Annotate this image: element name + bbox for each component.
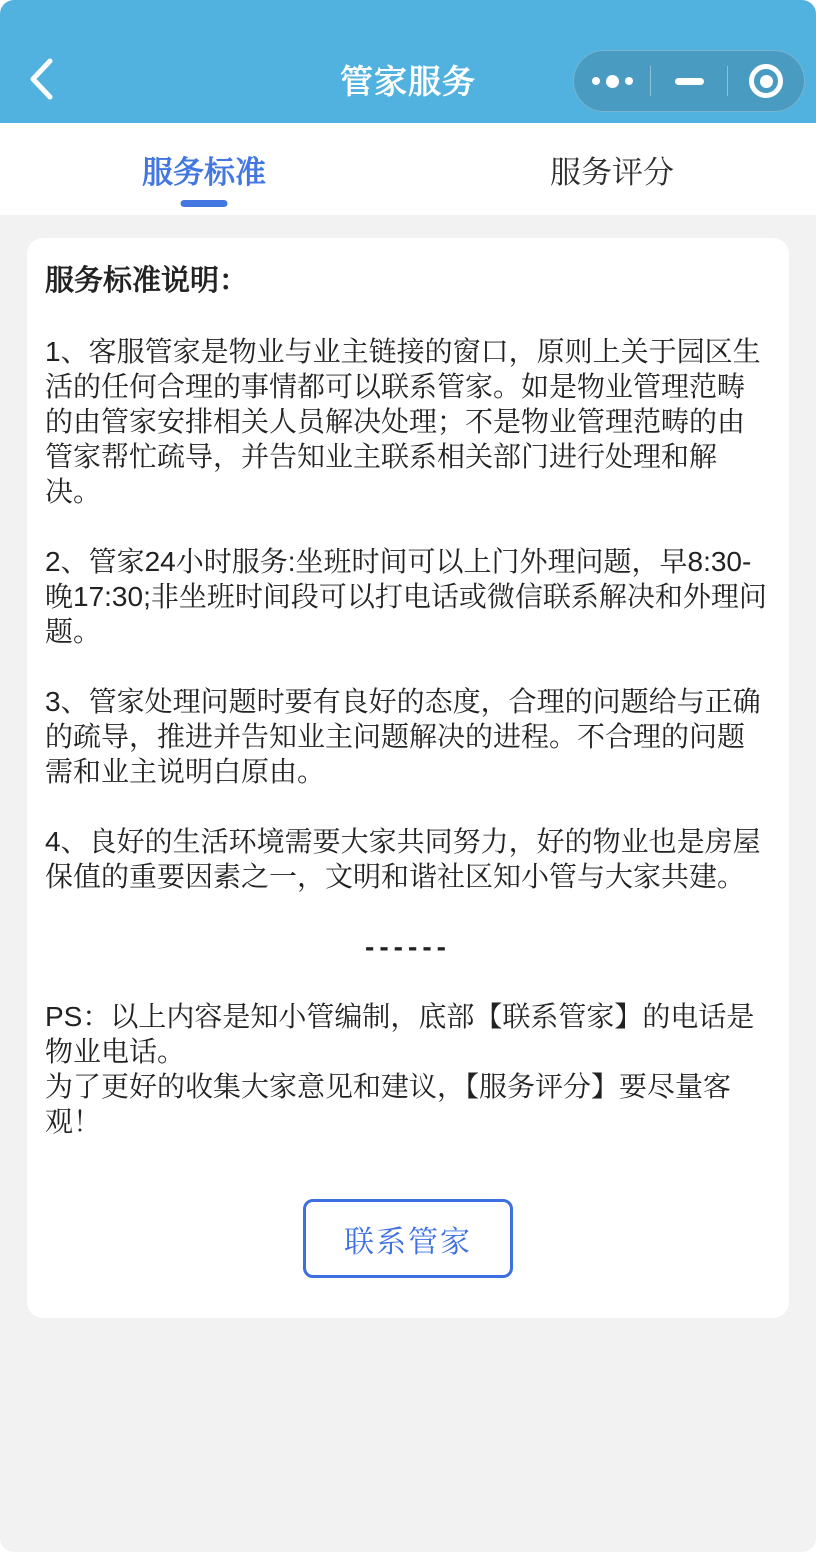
dot	[625, 77, 633, 85]
standard-paragraph-4: 4、良好的生活环境需要大家共同努力，好的物业也是房屋保值的重要因素之一，文明和谐…	[45, 824, 771, 894]
ps-note: PS：以上内容是知小管编制，底部【联系管家】的电话是物业电话。 为了更好的收集大…	[45, 999, 771, 1139]
minus-icon	[675, 78, 704, 85]
dash-separator: ------	[45, 929, 771, 964]
tab-label: 服务标准	[142, 147, 266, 192]
minimize-button[interactable]	[651, 51, 727, 111]
ps-line-2: 为了更好的收集大家意见和建议，【服务评分】要尽量客观！	[45, 1069, 771, 1139]
standard-paragraph-2: 2、管家24小时服务:坐班时间可以上门外理问题，早8:30-晚17:30;非坐班…	[45, 544, 771, 649]
standard-paragraph-3: 3、管家处理问题时要有良好的态度，合理的问题给与正确的疏导，推进并告知业主问题解…	[45, 684, 771, 789]
record-circle-icon	[749, 64, 783, 98]
tab-service-standard[interactable]: 服务标准	[0, 123, 408, 215]
dot	[606, 75, 619, 88]
dot	[592, 77, 600, 85]
card-heading: 服务标准说明：	[45, 264, 771, 299]
exit-button[interactable]	[728, 51, 804, 111]
ellipsis-dots-icon	[592, 75, 633, 88]
page-content: 服务标准说明： 1、客服管家是物业与业主链接的窗口，原则上关于园区生活的任何合理…	[0, 215, 816, 1318]
navbar: 管家服务	[0, 0, 816, 123]
standard-paragraph-1: 1、客服管家是物业与业主链接的窗口，原则上关于园区生活的任何合理的事情都可以联系…	[45, 334, 771, 509]
contact-butler-button[interactable]: 联系管家	[303, 1199, 513, 1278]
miniprogram-capsule	[573, 50, 805, 112]
active-tab-underline	[181, 200, 228, 207]
record-circle-dot	[760, 75, 773, 88]
tab-service-rating[interactable]: 服务评分	[408, 123, 816, 215]
app-screen: 管家服务 服务标准	[0, 0, 816, 1552]
ps-line-1: PS：以上内容是知小管编制，底部【联系管家】的电话是物业电话。	[45, 999, 771, 1069]
tab-bar: 服务标准 服务评分	[0, 123, 816, 215]
service-standard-card: 服务标准说明： 1、客服管家是物业与业主链接的窗口，原则上关于园区生活的任何合理…	[27, 238, 789, 1318]
more-button[interactable]	[574, 51, 650, 111]
tab-label: 服务评分	[550, 147, 674, 192]
